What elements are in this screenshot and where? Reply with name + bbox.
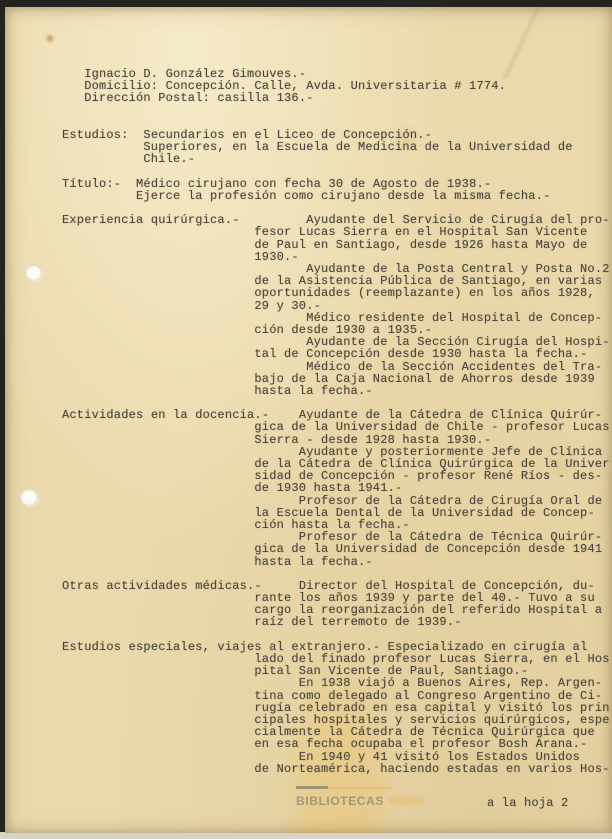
text-line: de Paul en Santiago, desde 1926 hasta Ma… — [62, 239, 610, 251]
library-stamp: BIBLIOTECAS — [296, 786, 436, 810]
document-scan: Ignacio D. González Gimouves.-Domicilio:… — [0, 0, 612, 839]
stamp-text: BIBLIOTECAS — [296, 794, 384, 808]
stamp-orange-smudge — [390, 796, 424, 805]
text-line: Sierra - desde 1928 hasta 1930.- — [62, 434, 610, 446]
text-line: hasta la fecha.- — [62, 385, 610, 397]
text-line: Profesor de la Cátedra de Cirugía Oral d… — [62, 495, 610, 507]
text-line: tina como delegado al Congreso Argentino… — [62, 690, 610, 702]
page-reference-note: a la hoja 2 — [487, 796, 568, 810]
text-line: en esa fecha ocupaba el profesor Bosh Ar… — [62, 738, 610, 750]
text-line — [62, 629, 610, 641]
stamp-row: BIBLIOTECAS — [296, 792, 436, 810]
text-line: hasta la fecha.- — [62, 556, 610, 568]
text-line: tal de Concepción desde 1930 hasta la fe… — [62, 348, 610, 360]
text-line: raíz del terremoto de 1939.- — [62, 616, 610, 628]
punch-hole-top — [25, 265, 42, 281]
stamp-rule-gray — [296, 786, 328, 789]
text-line: En 1940 y 41 visitó los Estados Unidos — [62, 751, 610, 763]
text-line: En 1938 viajó a Buenos Aires, Rep. Argen… — [62, 677, 610, 689]
text-line — [62, 105, 610, 117]
typewritten-text: Ignacio D. González Gimouves.-Domicilio:… — [62, 68, 610, 775]
text-line: de 1930 hasta 1941.- — [62, 482, 610, 494]
punch-hole-bottom — [20, 489, 38, 506]
stamp-rules — [296, 786, 436, 790]
text-line: Ejerce la profesión como cirujano desde … — [62, 190, 610, 202]
text-line: gica de la Universidad de Concepción des… — [62, 543, 610, 555]
text-line: de Norteamérica, haciendo estadas en var… — [62, 763, 610, 775]
text-line: oportunidades (reemplazante) en los años… — [62, 287, 610, 299]
text-line — [62, 166, 610, 178]
text-line: Chile.- — [62, 153, 610, 165]
text-line: gica de la Universidad de Chile - profes… — [62, 421, 610, 433]
scan-backing-edge — [0, 832, 612, 839]
text-line: fesor Lucas Sierra en el Hospital San Vi… — [62, 226, 610, 238]
text-line: Médico de la Sección Accidentes del Tra- — [62, 361, 610, 373]
stamp-rule-orange — [329, 787, 391, 789]
text-line: Dirección Postal: casilla 136.- — [62, 92, 610, 104]
text-line: 29 y 30.- — [62, 300, 610, 312]
